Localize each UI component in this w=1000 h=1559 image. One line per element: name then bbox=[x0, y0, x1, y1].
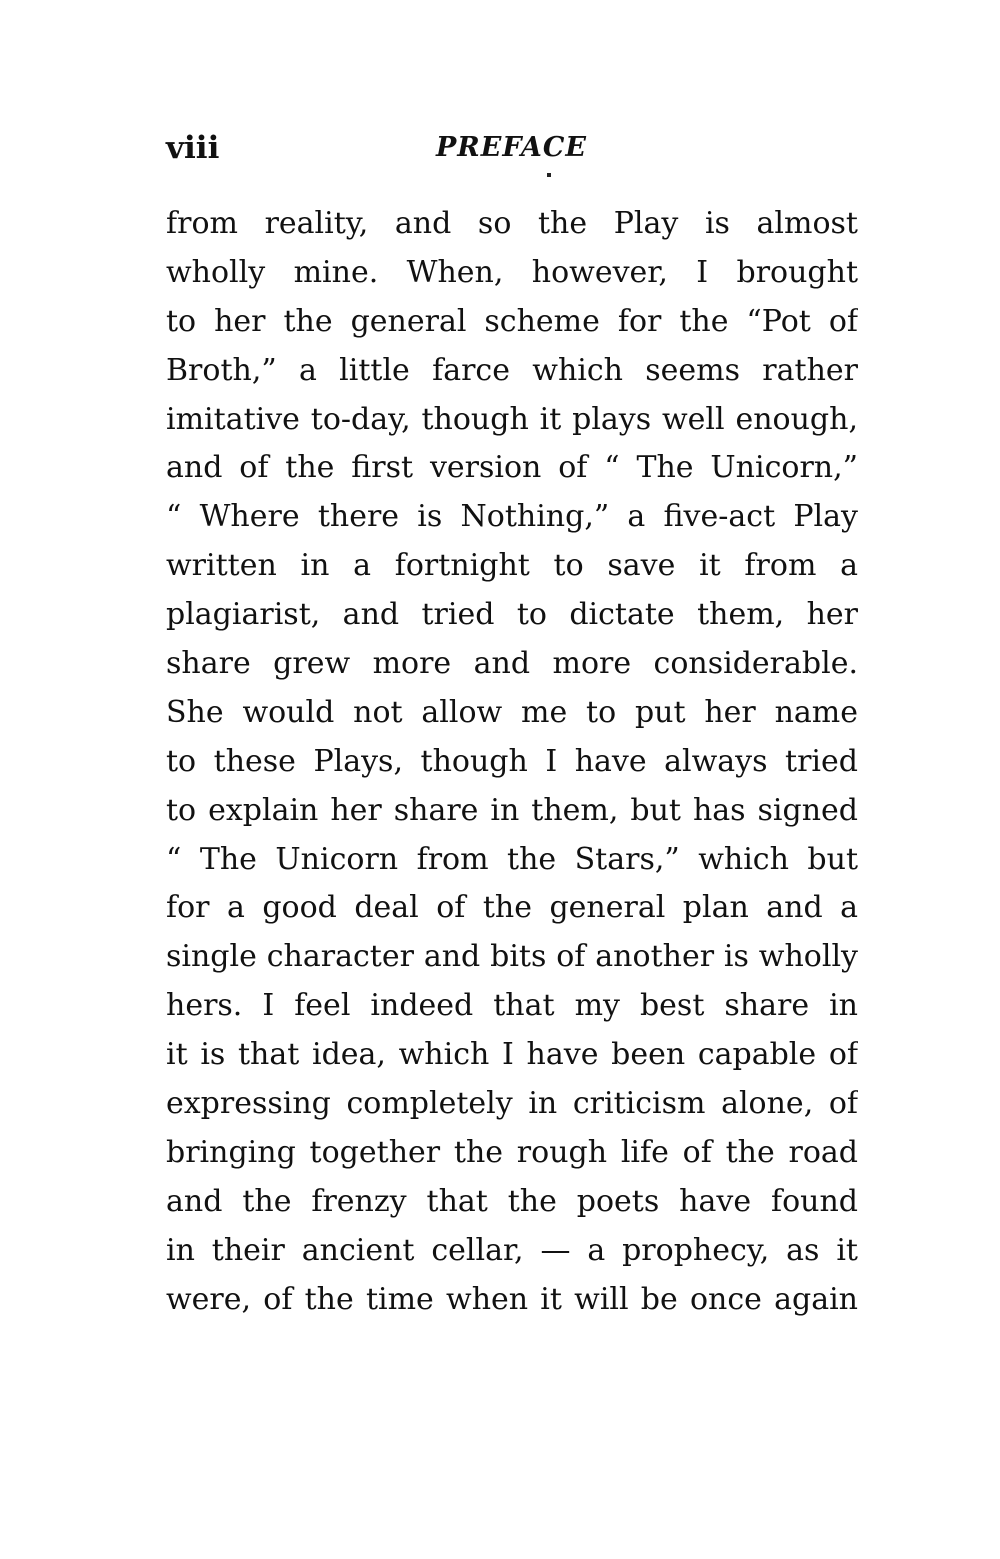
text-line: single character and bits of another is … bbox=[166, 933, 858, 982]
text-line: share grew more and more considerable. bbox=[166, 640, 858, 689]
text-line: imitative to-day, though it plays well e… bbox=[166, 396, 858, 445]
text-line: from reality, and so the Play is almost bbox=[166, 200, 858, 249]
page-number: viii bbox=[166, 130, 219, 166]
text-line: for a good deal of the general plan and … bbox=[166, 884, 858, 933]
text-line: hers. I feel indeed that my best share i… bbox=[166, 982, 858, 1031]
text-line: expressing completely in criticism alone… bbox=[166, 1080, 858, 1129]
body-text: from reality, and so the Play is almost … bbox=[166, 200, 858, 1324]
text-line: and the frenzy that the poets have found bbox=[166, 1178, 858, 1227]
text-line: “ Where there is Nothing,” a five-act Pl… bbox=[166, 493, 858, 542]
text-line: to these Plays, though I have always tri… bbox=[166, 738, 858, 787]
text-line: it is that idea, which I have been capab… bbox=[166, 1031, 858, 1080]
text-line: written in a fortnight to save it from a bbox=[166, 542, 858, 591]
printer-mark bbox=[547, 173, 551, 177]
text-line: plagiarist, and tried to dictate them, h… bbox=[166, 591, 858, 640]
text-line: wholly mine. When, however, I brought bbox=[166, 249, 858, 298]
text-line: “ The Unicorn from the Stars,” which but bbox=[166, 836, 858, 885]
text-line: to explain her share in them, but has si… bbox=[166, 787, 858, 836]
text-line: were, of the time when it will be once a… bbox=[166, 1276, 858, 1325]
book-page: viii PREFACE from reality, and so the Pl… bbox=[0, 0, 1000, 1559]
text-line: She would not allow me to put her name bbox=[166, 689, 858, 738]
text-line: and of the first version of “ The Unicor… bbox=[166, 444, 858, 493]
text-line: in their ancient cellar, — a prophecy, a… bbox=[166, 1227, 858, 1276]
running-title: PREFACE bbox=[436, 132, 587, 163]
text-line: Broth,” a little farce which seems rathe… bbox=[166, 347, 858, 396]
text-line: to her the general scheme for the “Pot o… bbox=[166, 298, 858, 347]
running-head: viii PREFACE bbox=[166, 130, 858, 170]
text-line: bringing together the rough life of the … bbox=[166, 1129, 858, 1178]
